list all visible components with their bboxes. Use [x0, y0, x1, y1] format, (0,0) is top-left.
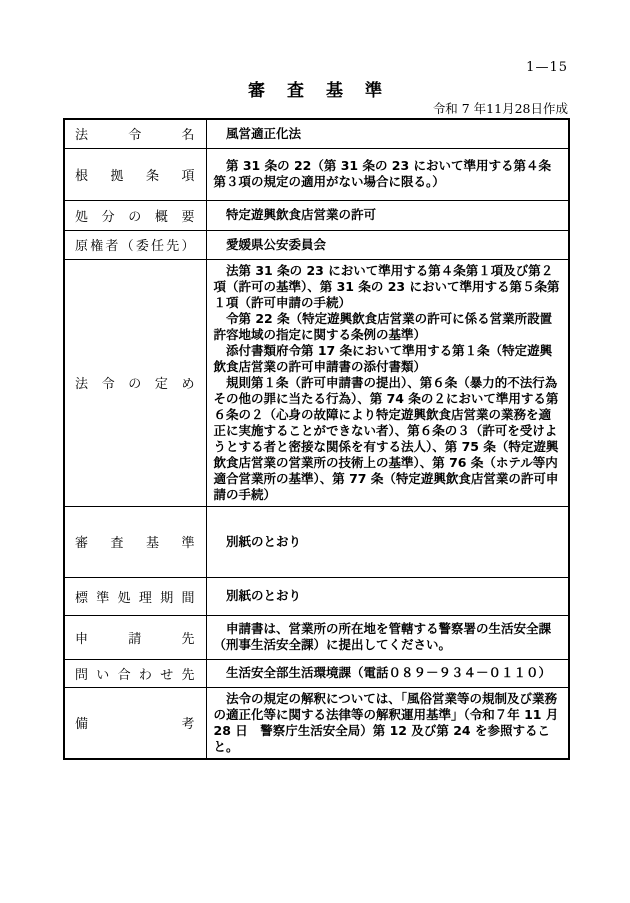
row-label: 申請先 [64, 615, 206, 659]
row-label: 標準処理期間 [64, 577, 206, 615]
row-label: 原権者（委任先） [64, 230, 206, 259]
row-content: 申請書は、営業所の所在地を管轄する警察署の生活安全課（刑事生活安全課）に提出して… [206, 615, 569, 659]
row-content-text: 別紙のとおり [214, 588, 562, 604]
table-row-shinsei-saki: 申請先 申請書は、営業所の所在地を管轄する警察署の生活安全課（刑事生活安全課）に… [64, 615, 569, 659]
row-label: 問い合わせ先 [64, 659, 206, 687]
row-content-text: 第 31 条の 22（第 31 条の 23 において準用する第４条第３項の規定の… [214, 158, 562, 190]
row-content-text: 令第 22 条（特定遊興飲食店営業の許可に係る営業所設置許容地域の指定に関する条… [214, 311, 562, 343]
table-row-hyojun-shori-kikan: 標準処理期間 別紙のとおり [64, 577, 569, 615]
row-content: 法令の規定の解釈については、「風俗営業等の規制及び業務の適正化等に関する法律等の… [206, 687, 569, 759]
row-content-text: 愛媛県公安委員会 [214, 237, 562, 253]
row-content: 生活安全部生活環境課（電話０８９－９３４－０１１０） [206, 659, 569, 687]
row-label: 根拠条項 [64, 148, 206, 200]
row-content: 別紙のとおり [206, 577, 569, 615]
row-content-text: 申請書は、営業所の所在地を管轄する警察署の生活安全課（刑事生活安全課）に提出して… [214, 621, 562, 653]
row-content: 第 31 条の 22（第 31 条の 23 において準用する第４条第３項の規定の… [206, 148, 569, 200]
row-content-text: 法令の規定の解釈については、「風俗営業等の規制及び業務の適正化等に関する法律等の… [214, 691, 562, 755]
row-content-text: 別紙のとおり [214, 534, 562, 550]
row-content-text: 添付書類府令第 17 条において準用する第１条（特定遊興飲食店営業の許可申請書の… [214, 343, 562, 375]
table-row-konkyo-joko: 根拠条項 第 31 条の 22（第 31 条の 23 において準用する第４条第３… [64, 148, 569, 200]
table-row-shinsa-kijun: 審査基準 別紙のとおり [64, 506, 569, 577]
table-row-horei-no-sadame: 法令の定め 法第 31 条の 23 において準用する第４条第１項及び第２項（許可… [64, 259, 569, 506]
row-label: 処分の概要 [64, 200, 206, 230]
table-row-shobun-gaiyo: 処分の概要 特定遊興飲食店営業の許可 [64, 200, 569, 230]
row-content-text: 規則第１条（許可申請書の提出）、第６条（暴力的不法行為その他の罪に当たる行為）、… [214, 375, 562, 503]
row-content-text: 生活安全部生活環境課（電話０８９－９３４－０１１０） [214, 665, 562, 681]
table-row-horei-mei: 法令名 風営適正化法 [64, 119, 569, 148]
row-content-text: 風営適正化法 [214, 126, 562, 142]
row-label: 審査基準 [64, 506, 206, 577]
row-content: 愛媛県公安委員会 [206, 230, 569, 259]
row-content: 特定遊興飲食店営業の許可 [206, 200, 569, 230]
row-content: 法第 31 条の 23 において準用する第４条第１項及び第２項（許可の基準）、第… [206, 259, 569, 506]
row-content-text: 法第 31 条の 23 において準用する第４条第１項及び第２項（許可の基準）、第… [214, 263, 562, 311]
page-number: 1—15 [526, 60, 568, 75]
document-page: 1—15 審査基準 令和 7 年11月28日作成 法令名 風営適正化法 根拠条項… [0, 0, 630, 903]
row-content: 別紙のとおり [206, 506, 569, 577]
shinsa-kijun-table: 法令名 風営適正化法 根拠条項 第 31 条の 22（第 31 条の 23 にお… [63, 118, 570, 760]
table-row-biko: 備考 法令の規定の解釈については、「風俗営業等の規制及び業務の適正化等に関する法… [64, 687, 569, 759]
row-label: 法令名 [64, 119, 206, 148]
table-row-toiawase-saki: 問い合わせ先 生活安全部生活環境課（電話０８９－９３４－０１１０） [64, 659, 569, 687]
created-date: 令和 7 年11月28日作成 [433, 99, 568, 117]
row-content-text: 特定遊興飲食店営業の許可 [214, 207, 562, 223]
row-content: 風営適正化法 [206, 119, 569, 148]
page-title: 審査基準 [0, 76, 630, 101]
row-label: 備考 [64, 687, 206, 759]
table-row-genkensha: 原権者（委任先） 愛媛県公安委員会 [64, 230, 569, 259]
row-label: 法令の定め [64, 259, 206, 506]
